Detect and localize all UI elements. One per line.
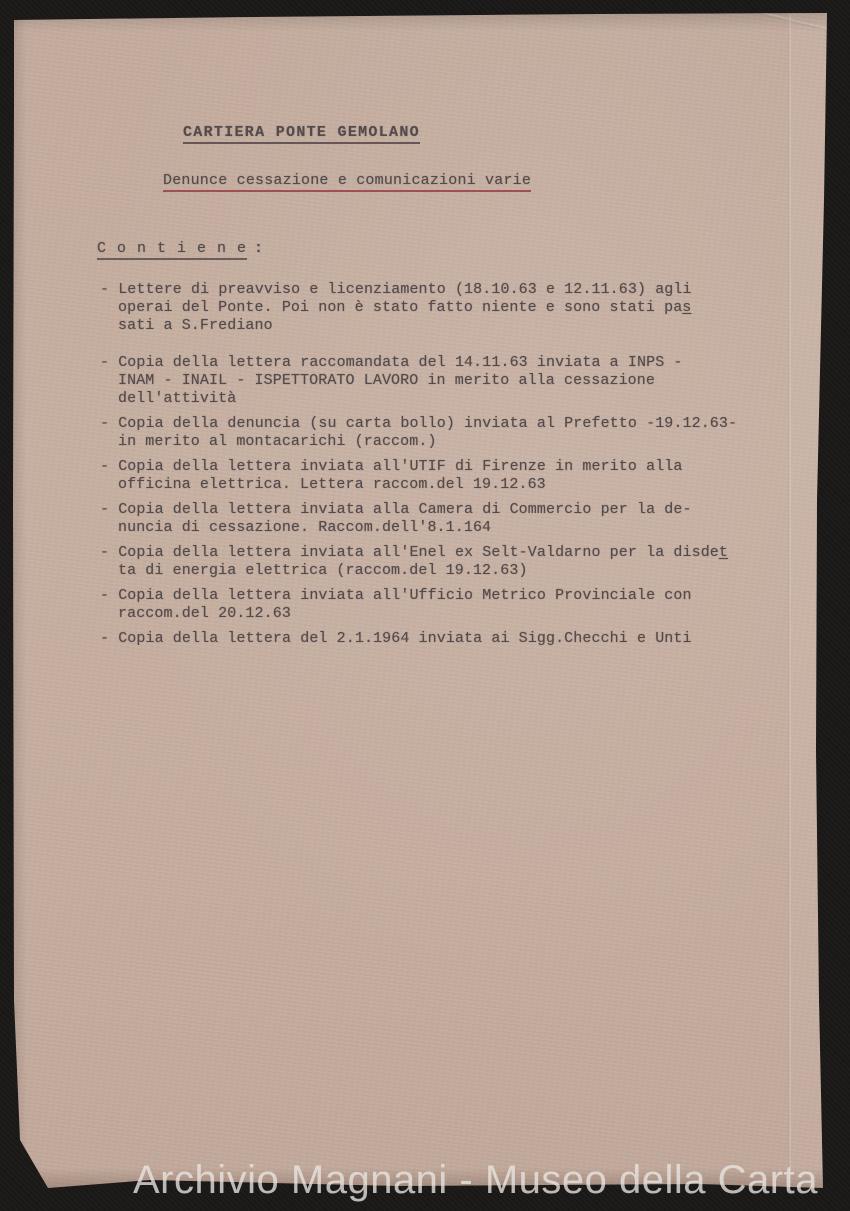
contains-heading: C o n t i e n e: — [97, 240, 263, 257]
list-item: - Copia della lettera inviata all'Uffici… — [100, 587, 760, 623]
list-item: - Copia della denuncia (su carta bollo) … — [100, 415, 760, 451]
hyphenation-underlined-char: s — [682, 299, 691, 316]
list-item: - Lettere di preavviso e licenziamento (… — [100, 281, 760, 335]
paper-vertical-crease — [788, 14, 792, 1189]
list-item: - Copia della lettera inviata all'UTIF d… — [100, 458, 760, 494]
list-item: - Copia della lettera inviata all'Enel e… — [100, 544, 760, 580]
paper-left-edge-shadow — [13, 0, 27, 1211]
paper-top-edge-shadow — [0, 13, 850, 31]
document-title: CARTIERA PONTE GEMOLANO — [183, 124, 420, 144]
paper-right-margin-highlight — [792, 13, 828, 1191]
list-item: - Copia della lettera del 2.1.1964 invia… — [100, 630, 760, 648]
list-item: - Copia della lettera raccomandata del 1… — [100, 354, 760, 408]
contains-heading-colon: : — [254, 240, 263, 257]
hyphenation-underlined-char: t — [719, 544, 728, 561]
document-subtitle: Denunce cessazione e comunicazioni varie — [163, 172, 531, 192]
scanned-paper-sheet: CARTIERA PONTE GEMOLANO Denunce cessazio… — [0, 0, 850, 1211]
archive-watermark: Archivio Magnani - Museo della Carta — [133, 1158, 850, 1203]
contains-heading-label: C o n t i e n e — [97, 240, 247, 260]
contents-list: - Lettere di preavviso e licenziamento (… — [100, 281, 760, 655]
list-item: - Copia della lettera inviata alla Camer… — [100, 501, 760, 537]
